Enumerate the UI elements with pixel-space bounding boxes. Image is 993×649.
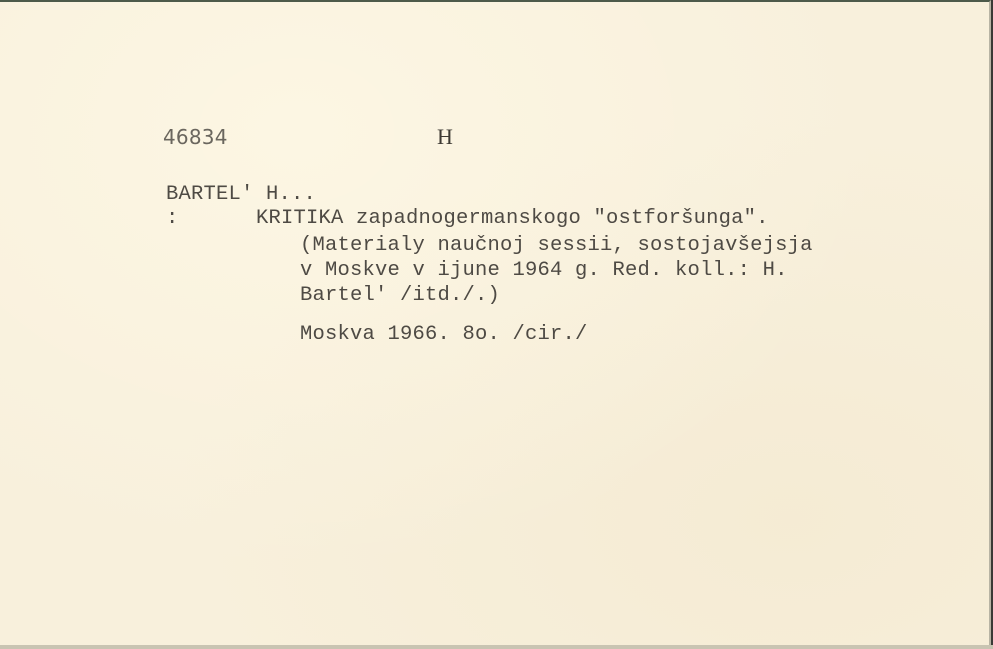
card-bottom-edge xyxy=(0,645,993,649)
title: KRITIKA zapadnogermanskogo "ostforšunga"… xyxy=(256,209,769,230)
note-line-2: v Moskve v ijune 1964 g. Red. koll.: H. xyxy=(300,261,788,282)
colon-marker: : xyxy=(166,209,179,230)
note-line-1: (Materialy naučnoj sessii, sostojavšejsj… xyxy=(300,236,813,257)
shelf-mark: H xyxy=(437,126,453,148)
author-heading: BARTEL' H... xyxy=(166,185,316,206)
note-line-3: Bartel' /itd./.) xyxy=(300,286,500,307)
accession-number: 46834 xyxy=(163,127,228,147)
catalog-card: 46834 H BARTEL' H... : KRITIKA zapadnoge… xyxy=(0,0,991,647)
imprint: Moskva 1966. 8o. /cir./ xyxy=(300,325,588,346)
